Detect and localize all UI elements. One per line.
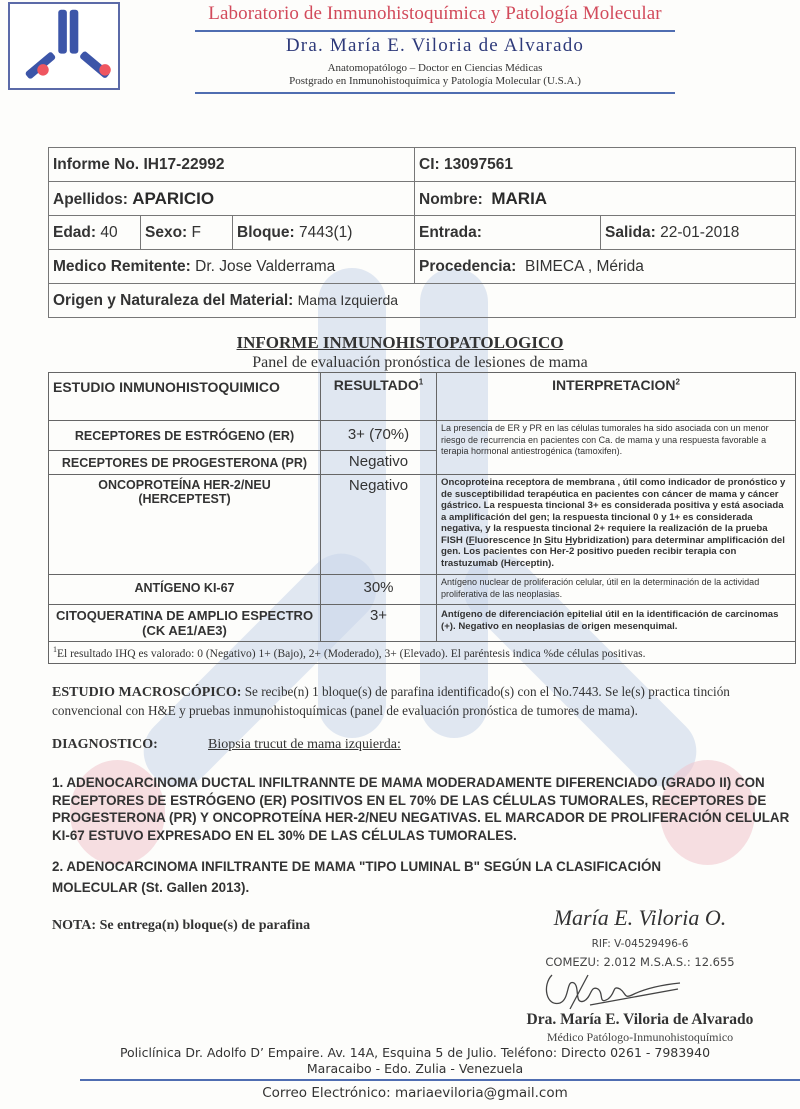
doctor-name: Dra. María E. Viloria de Alvarado <box>195 35 675 57</box>
header-rule-bottom <box>195 92 675 94</box>
ci-cell: CI: 13097561 <box>415 148 796 182</box>
col-result: RESULTADO1 <box>321 373 437 421</box>
table-row: ANTÍGENO KI-67 30% Antígeno nuclear de p… <box>49 575 796 605</box>
interpretation-her2: Oncoproteina receptora de membrana , úti… <box>437 475 796 575</box>
header-rule <box>195 30 675 32</box>
stamp-rif: RIF: V-04529496-6 <box>480 938 800 950</box>
footer-address: Policlínica Dr. Adolfo D’ Empaire. Av. 1… <box>0 1045 800 1060</box>
entrada-cell: Entrada: <box>415 216 601 250</box>
report-subtitle: Panel de evaluación pronóstica de lesion… <box>0 354 800 372</box>
header-subtitle-1: Anatomopatólogo – Doctor en Ciencias Méd… <box>195 62 675 74</box>
footer-city: Maracaibo - Edo. Zulia - Venezuela <box>0 1061 800 1076</box>
table-row: ONCOPROTEÍNA HER-2/NEU(HERCEPTEST) Negat… <box>49 475 796 575</box>
stamp-name: María E. Viloria O. <box>480 905 800 931</box>
origen-cell: Origen y Naturaleza del Material: Mama I… <box>49 284 796 318</box>
salida-cell: Salida: 22-01-2018 <box>601 216 796 250</box>
interpretation-ck: Antígeno de diferenciación epitelial úti… <box>437 605 796 642</box>
signer-name: Dra. María E. Viloria de Alvarado <box>480 1011 800 1029</box>
header-subtitle-2: Postgrado en Inmunohistoquímica y Patolo… <box>195 75 675 87</box>
lab-logo <box>8 2 120 90</box>
table-footnote-row: 1El resultado IHQ es valorado: 0 (Negati… <box>49 642 796 664</box>
bloque-cell: Bloque: 7443(1) <box>233 216 415 250</box>
interpretation-er-pr: La presencia de ER y PR en las células t… <box>437 421 796 475</box>
procedencia-cell: Procedencia: BIMECA , Mérida <box>415 250 796 284</box>
macroscopic-study: ESTUDIO MACROSCÓPICO: Se recibe(n) 1 blo… <box>52 683 772 720</box>
sexo-cell: Sexo: F <box>141 216 233 250</box>
diagnosis-item-2: 2. ADENOCARCINOMA INFILTRANTE DE MAMA "T… <box>52 856 732 898</box>
edad-cell: Edad: 40 <box>49 216 141 250</box>
nota: NOTA: Se entrega(n) bloque(s) de parafin… <box>52 918 310 934</box>
table-header-row: ESTUDIO INMUNOHISTOQUIMICO RESULTADO1 IN… <box>49 373 796 421</box>
handwritten-signature <box>540 965 690 1015</box>
medico-cell: Medico Remitente: Dr. Jose Valderrama <box>49 250 415 284</box>
informe-cell: Informe No. IH17-22992 <box>49 148 415 182</box>
diagnosis-item-1: 1. ADENOCARCINOMA DUCTAL INFILTRANNTE DE… <box>52 774 792 844</box>
table-row: CITOQUERATINA DE AMPLIO ESPECTRO(CK AE1/… <box>49 605 796 642</box>
ihq-results-table: ESTUDIO INMUNOHISTOQUIMICO RESULTADO1 IN… <box>48 372 796 664</box>
patient-info-table: Informe No. IH17-22992 CI: 13097561 Apel… <box>48 147 796 318</box>
signer-title: Médico Patólogo-Inmunohistoquímico <box>480 1030 800 1045</box>
diagnosis-header: DIAGNOSTICO:Biopsia trucut de mama izqui… <box>52 737 401 753</box>
interpretation-ki67: Antígeno nuclear de proliferación celula… <box>437 575 796 605</box>
nombre-cell: Nombre: MARIA <box>415 182 796 216</box>
lab-name: Laboratorio de Inmunohistoquímica y Pato… <box>195 3 675 25</box>
footer-email: Correo Electrónico: mariaeviloria@gmail.… <box>0 1085 800 1101</box>
apellidos-cell: Apellidos: APARICIO <box>49 182 415 216</box>
col-interpretation: INTERPRETACION2 <box>437 373 796 421</box>
footer-rule <box>80 1079 800 1081</box>
report-title: INFORME INMUNOHISTOPATOLOGICO <box>0 333 800 353</box>
col-study: ESTUDIO INMUNOHISTOQUIMICO <box>49 373 321 421</box>
table-row: RECEPTORES DE ESTRÓGENO (ER) 3+ (70%) La… <box>49 421 796 451</box>
antibody-icon <box>10 4 118 88</box>
footnote: 1El resultado IHQ es valorado: 0 (Negati… <box>49 642 796 664</box>
